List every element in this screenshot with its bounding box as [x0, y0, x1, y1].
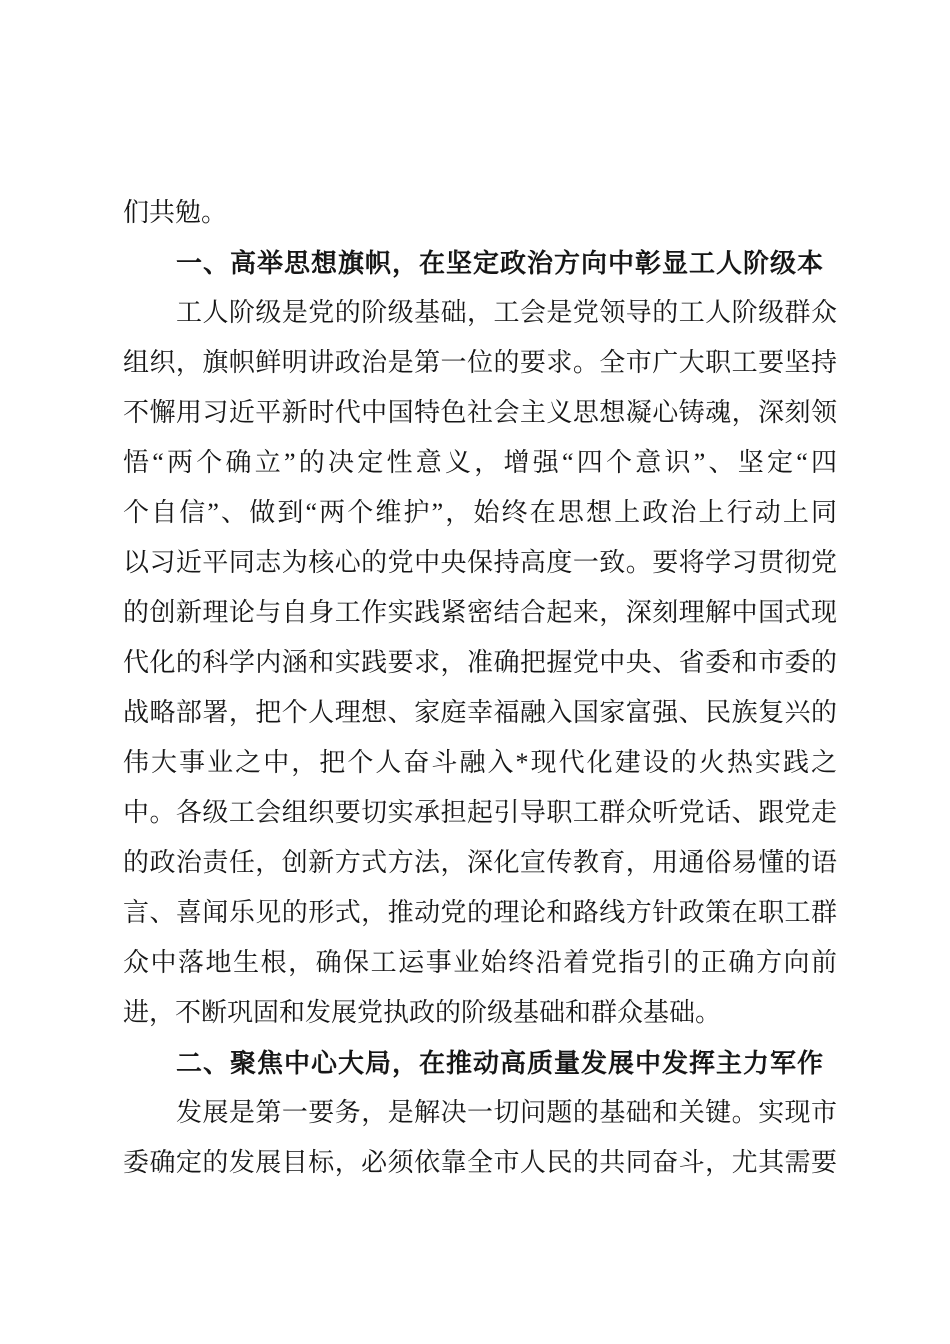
- body-text-line: 悟“两个确立”的决定性意义，增强“四个意识”、坚定“四: [123, 438, 837, 488]
- body-text-line: 发展是第一要务，是解决一切问题的基础和关键。实现市: [123, 1088, 837, 1138]
- body-text-line: 不懈用习近平新时代中国特色社会主义思想凝心铸魂，深刻领: [123, 388, 837, 438]
- section-heading: 二、聚焦中心大局，在推动高质量发展中发挥主力军作用: [123, 1038, 837, 1088]
- body-text-line: 工人阶级是党的阶级基础，工会是党领导的工人阶级群众: [123, 288, 837, 338]
- section-heading: 一、高举思想旗帜，在坚定政治方向中彰显工人阶级本色: [123, 238, 837, 288]
- body-text-line: 以习近平同志为核心的党中央保持高度一致。要将学习贯彻党: [123, 538, 837, 588]
- body-text-line: 战略部署，把个人理想、家庭幸福融入国家富强、民族复兴的: [123, 688, 837, 738]
- body-text-line: 们共勉。: [123, 188, 837, 238]
- body-text-line: 代化的科学内涵和实践要求，准确把握党中央、省委和市委的: [123, 638, 837, 688]
- body-text-line: 组织，旗帜鲜明讲政治是第一位的要求。全市广大职工要坚持: [123, 338, 837, 388]
- body-text-line: 众中落地生根，确保工运事业始终沿着党指引的正确方向前: [123, 938, 837, 988]
- body-text-line: 委确定的发展目标，必须依靠全市人民的共同奋斗，尤其需要: [123, 1138, 837, 1188]
- body-text-line: 进，不断巩固和发展党执政的阶级基础和群众基础。: [123, 988, 837, 1038]
- body-text-line: 言、喜闻乐见的形式，推动党的理论和路线方针政策在职工群: [123, 888, 837, 938]
- body-text-line: 的创新理论与自身工作实践紧密结合起来，深刻理解中国式现: [123, 588, 837, 638]
- body-text-line: 的政治责任，创新方式方法，深化宣传教育，用通俗易懂的语: [123, 838, 837, 888]
- body-text-line: 伟大事业之中，把个人奋斗融入*现代化建设的火热实践之: [123, 738, 837, 788]
- body-text-line: 个自信”、做到“两个维护”，始终在思想上政治上行动上同: [123, 488, 837, 538]
- document-page: 们共勉。一、高举思想旗帜，在坚定政治方向中彰显工人阶级本色工人阶级是党的阶级基础…: [0, 0, 950, 1344]
- document-body: 们共勉。一、高举思想旗帜，在坚定政治方向中彰显工人阶级本色工人阶级是党的阶级基础…: [123, 188, 837, 1188]
- body-text-line: 中。各级工会组织要切实承担起引导职工群众听党话、跟党走: [123, 788, 837, 838]
